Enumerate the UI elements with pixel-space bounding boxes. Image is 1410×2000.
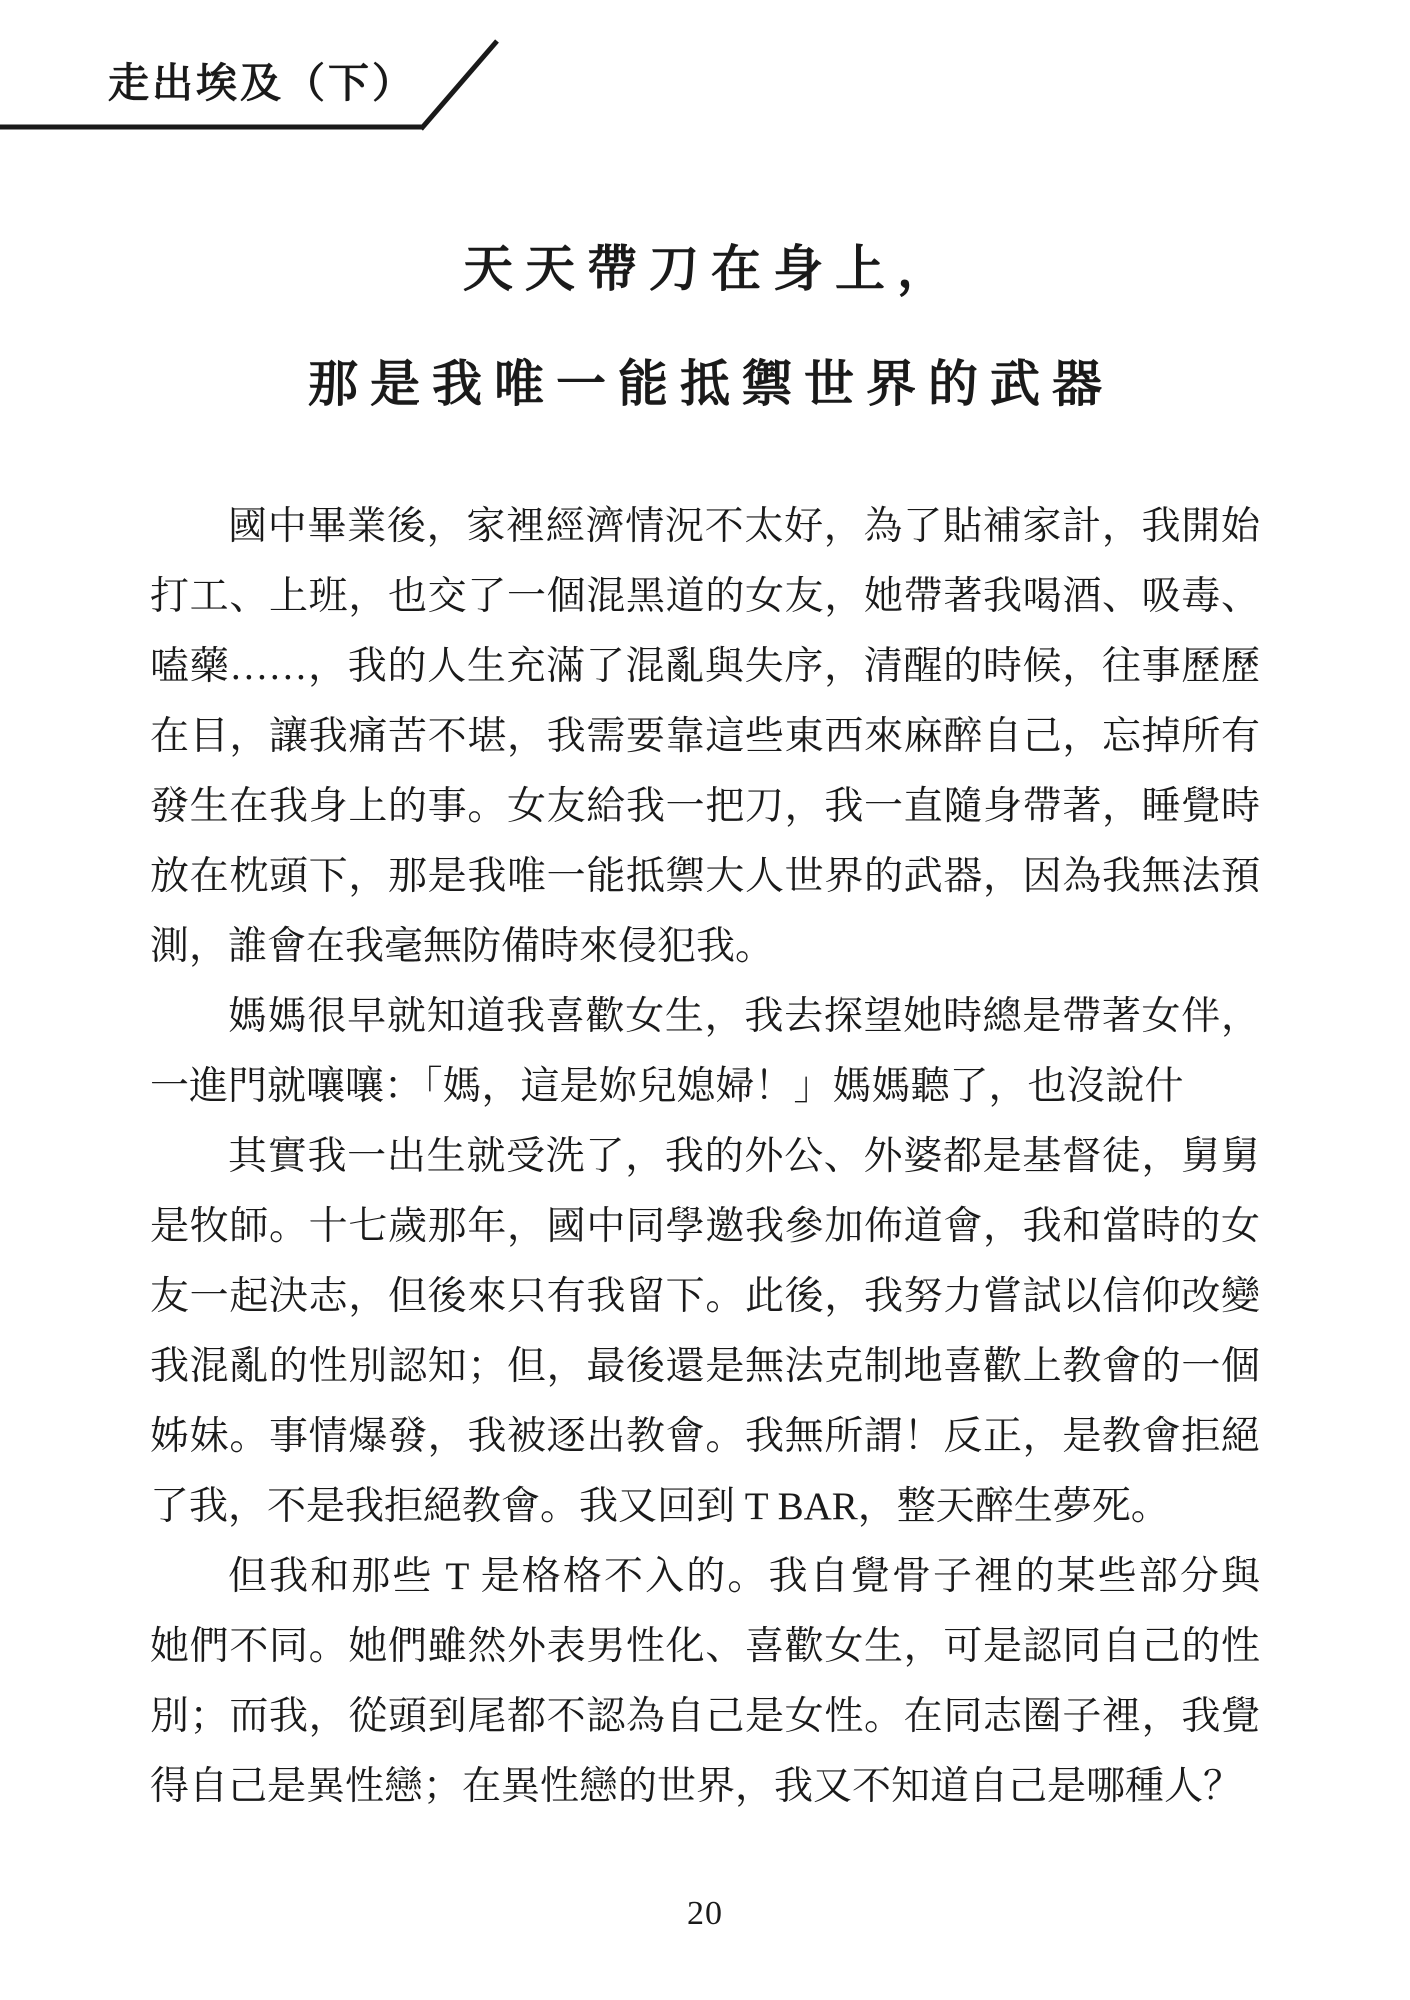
text-line: 打工、上班，也交了一個混黑道的女友，她帶著我喝酒、吸毒、 [150,562,1260,632]
text-line: 友一起決志，但後來只有我留下。此後，我努力嘗試以信仰改變 [150,1262,1260,1332]
text-line: 國中畢業後，家裡經濟情況不太好，為了貼補家計，我開始 [150,492,1260,562]
text-line: 姊妹。事情爆發，我被逐出教會。我無所謂！反正，是教會拒絕 [150,1402,1260,1472]
text-line: 我混亂的性別認知；但，最後還是無法克制地喜歡上教會的一個 [150,1332,1260,1402]
text-line: 是牧師。十七歲那年，國中同學邀我參加佈道會，我和當時的女 [150,1192,1260,1262]
page-number: 20 [0,1895,1410,1933]
running-head-title: 走出埃及（下） [108,50,416,109]
chapter-title: 天天帶刀在身上， 那是我唯一能抵禦世界的武器 [0,212,1410,442]
text-line: 測，誰會在我毫無防備時來侵犯我。 [150,912,1260,982]
text-line: 但我和那些 T 是格格不入的。我自覺骨子裡的某些部分與 [150,1542,1260,1612]
text-line: 一進門就嚷嚷：「媽，這是妳兒媳婦！」媽媽聽了，也沒說什麼。 [150,1052,1260,1122]
text-line: 放在枕頭下，那是我唯一能抵禦大人世界的武器，因為我無法預 [150,842,1260,912]
chapter-title-line1: 天天帶刀在身上， [0,212,1410,327]
text-line: 了我，不是我拒絕教會。我又回到 T BAR，整天醉生夢死。 [150,1472,1260,1542]
chapter-title-line2: 那是我唯一能抵禦世界的武器 [0,327,1410,442]
text-line: 別；而我，從頭到尾都不認為自己是女性。在同志圈子裡，我覺 [150,1682,1260,1752]
text-line: 嗑藥……，我的人生充滿了混亂與失序，清醒的時候，往事歷歷 [150,632,1260,702]
text-line: 在目，讓我痛苦不堪，我需要靠這些東西來麻醉自己，忘掉所有 [150,702,1260,772]
text-line: 其實我一出生就受洗了，我的外公、外婆都是基督徒，舅舅 [150,1122,1260,1192]
text-line: 發生在我身上的事。女友給我一把刀，我一直隨身帶著，睡覺時 [150,772,1260,842]
text-line: 她們不同。她們雖然外表男性化、喜歡女生，可是認同自己的性 [150,1612,1260,1682]
text-line: 媽媽很早就知道我喜歡女生，我去探望她時總是帶著女伴， [150,982,1260,1052]
book-page: 走出埃及（下） 天天帶刀在身上， 那是我唯一能抵禦世界的武器 國中畢業後，家裡經… [0,0,1410,2000]
text-line: 得自己是異性戀；在異性戀的世界，我又不知道自己是哪種人？ [150,1752,1260,1822]
body-text: 國中畢業後，家裡經濟情況不太好，為了貼補家計，我開始打工、上班，也交了一個混黑道… [150,492,1260,1822]
